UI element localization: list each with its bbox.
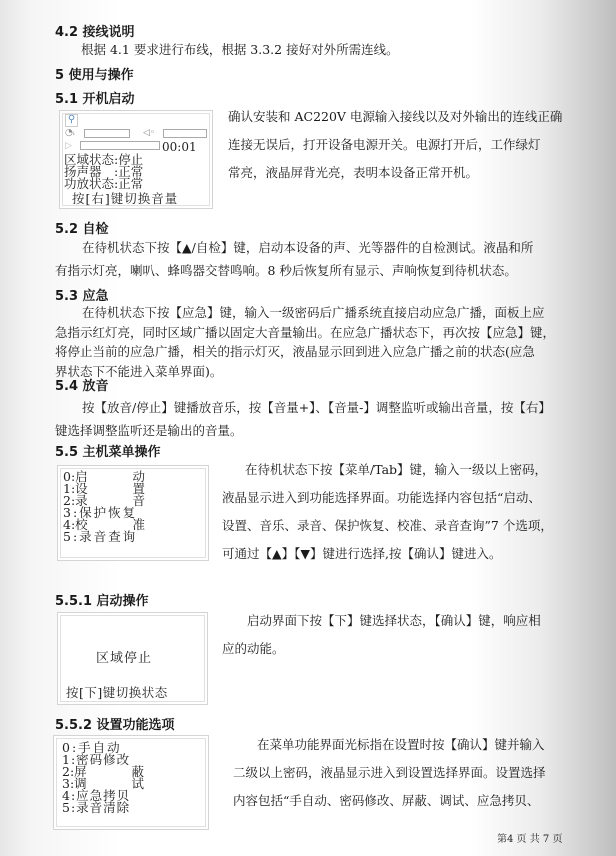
heading-5-5-1: 5.5.1 启动操作 (55, 590, 149, 609)
text-line: 界状态下不能进入菜单界面)。 (55, 362, 555, 382)
text-line: 在待机状态下按【应急】键，输入一级密码后广播系统直接启动应急广播，面板上应 (55, 303, 555, 323)
text-line: 急指示红灯亮，同时区域广播以固定大音量输出。在应急广播状态下，再次按【应急】键， (55, 323, 555, 343)
heading-5-2: 5.2 自检 (55, 218, 109, 237)
text-line: 连接无误后，打开设备电源开关。电源打开后，工作绿灯 (228, 131, 562, 159)
text-line: 键选择调整监听还是输出的音量。 (55, 419, 551, 442)
paragraph-5-4: 按【放音/停止】键播放音乐，按【音量+】、【音量-】调整监听或输出音量，按【右】… (55, 396, 551, 442)
text-line: 在待机状态下按【▲/自检】键，启动本设备的声、光等器件的自检测试。液晶和所 (55, 236, 533, 259)
page-number: 第4 页 共 7 页 (497, 830, 562, 845)
lcd-main-menu: 0:启动 1:设置 2:录音 3:保护恢复 4:校准 5:录音查询 (57, 465, 209, 561)
text-line: 二级以上密码，液晶显示进入到设置选择界面。设置选择 (217, 759, 546, 787)
heading-5-5-2: 5.5.2 设置功能选项 (55, 714, 175, 733)
text-line: 将停止当前的应急广播，相关的指示灯灭，液晶显示回到进入应急广播之前的状态(应急 (55, 342, 555, 362)
paragraph-5-5-1: 启动界面下按【下】键选择状态，【确认】键，响应相 应的动能。 (222, 607, 541, 663)
text-line: 在菜单功能界面光标指在设置时按【确认】键并输入 (217, 731, 546, 759)
lcd-standby-screen: ⚲ ◔ᵢ ◁◦ ▷ 00:01 区域状态:停止 扬声器 :正常 功放状态:正常 … (59, 110, 213, 209)
paragraph-5-5-2: 在菜单功能界面光标指在设置时按【确认】键并输入 二级以上密码，液晶显示进入到设置… (217, 731, 546, 815)
text-line: 按【放音/停止】键播放音乐，按【音量+】、【音量-】调整监听或输出音量，按【右】 (55, 396, 551, 419)
heading-5-1: 5.1 开机启动 (55, 88, 135, 107)
mic-volume-bar (84, 129, 130, 138)
paragraph-5-3: 在待机状态下按【应急】键，输入一级密码后广播系统直接启动应急广播，面板上应 急指… (55, 303, 555, 381)
text-line: 应的动能。 (222, 635, 541, 663)
lcd-menu-item: 5:录音清除 (62, 802, 144, 814)
text-line: 内容包括“手自动、密码修改、屏蔽、调试、应急拷贝、 (217, 787, 546, 815)
heading-4-2: 4.2 接线说明 (55, 21, 135, 40)
heading-5-3: 5.3 应急 (55, 285, 109, 304)
paragraph-4-2: 根据 4.1 要求进行布线，根据 3.3.2 接好对外所需连线。 (81, 40, 399, 58)
lcd-zone-status: 区域停止 (96, 653, 152, 665)
playback-progress-bar (80, 141, 160, 150)
lcd-menu-item: 5:录音查询 (63, 531, 145, 543)
play-icon: ▷ (65, 141, 72, 151)
text-line: 有指示灯亮，喇叭、蜂鸣器交替鸣响。8 秒后恢复所有显示、声响恢复到待机状态。 (55, 259, 533, 282)
paragraph-5-1: 确认安装和 AC220V 电源输入接线以及对外输出的连线正确 连接无误后，打开设… (228, 103, 562, 187)
text-line: 液晶显示进入到功能选择界面。功能选择内容包括“启动、 (222, 484, 553, 512)
mic-icon: ◔ᵢ (65, 128, 75, 138)
heading-5: 5 使用与操作 (55, 64, 134, 83)
lcd-hint: 按[下]键切换状态 (66, 687, 168, 699)
lcd-line-amp-status: 功放状态:正常 (64, 178, 143, 190)
paragraph-5-2: 在待机状态下按【▲/自检】键，启动本设备的声、光等器件的自检测试。液晶和所 有指… (55, 236, 533, 282)
lcd-settings-menu: 0:手自动 1:密码修改 2:屏蔽 3:调试 4:应急拷贝 5:录音清除 (53, 735, 209, 830)
usb-icon: ⚲ (65, 114, 78, 127)
lcd-menu-list: 0:启动 1:设置 2:录音 3:保护恢复 4:校准 5:录音查询 (63, 471, 145, 543)
text-line: 可通过【▲】【▼】键进行选择,按【确认】键进入。 (222, 540, 553, 568)
text-line: 确认安装和 AC220V 电源输入接线以及对外输出的连线正确 (228, 103, 562, 131)
lcd-startup-screen: 区域停止 按[下]键切换状态 (57, 612, 208, 705)
paragraph-5-5: 在待机状态下按【菜单/Tab】键，输入一级以上密码， 液晶显示进入到功能选择界面… (222, 456, 553, 568)
heading-5-5: 5.5 主机菜单操作 (55, 441, 161, 460)
playback-time: 00:01 (162, 141, 197, 153)
text-line: 在待机状态下按【菜单/Tab】键，输入一级以上密码， (222, 456, 553, 484)
heading-5-4: 5.4 放音 (55, 375, 109, 394)
speaker-icon: ◁◦ (143, 128, 155, 138)
speaker-volume-bar (163, 129, 207, 138)
lcd-menu-list: 0:手自动 1:密码修改 2:屏蔽 3:调试 4:应急拷贝 5:录音清除 (62, 742, 144, 814)
text-line: 常亮，液晶屏背光亮，表明本设备正常开机。 (228, 159, 562, 187)
text-line: 设置、音乐、录音、保护恢复、校准、录音查询”7 个选项， (222, 512, 553, 540)
text-line: 启动界面下按【下】键选择状态，【确认】键，响应相 (222, 607, 541, 635)
lcd-hint: 按[右]键切换音量 (72, 193, 178, 205)
